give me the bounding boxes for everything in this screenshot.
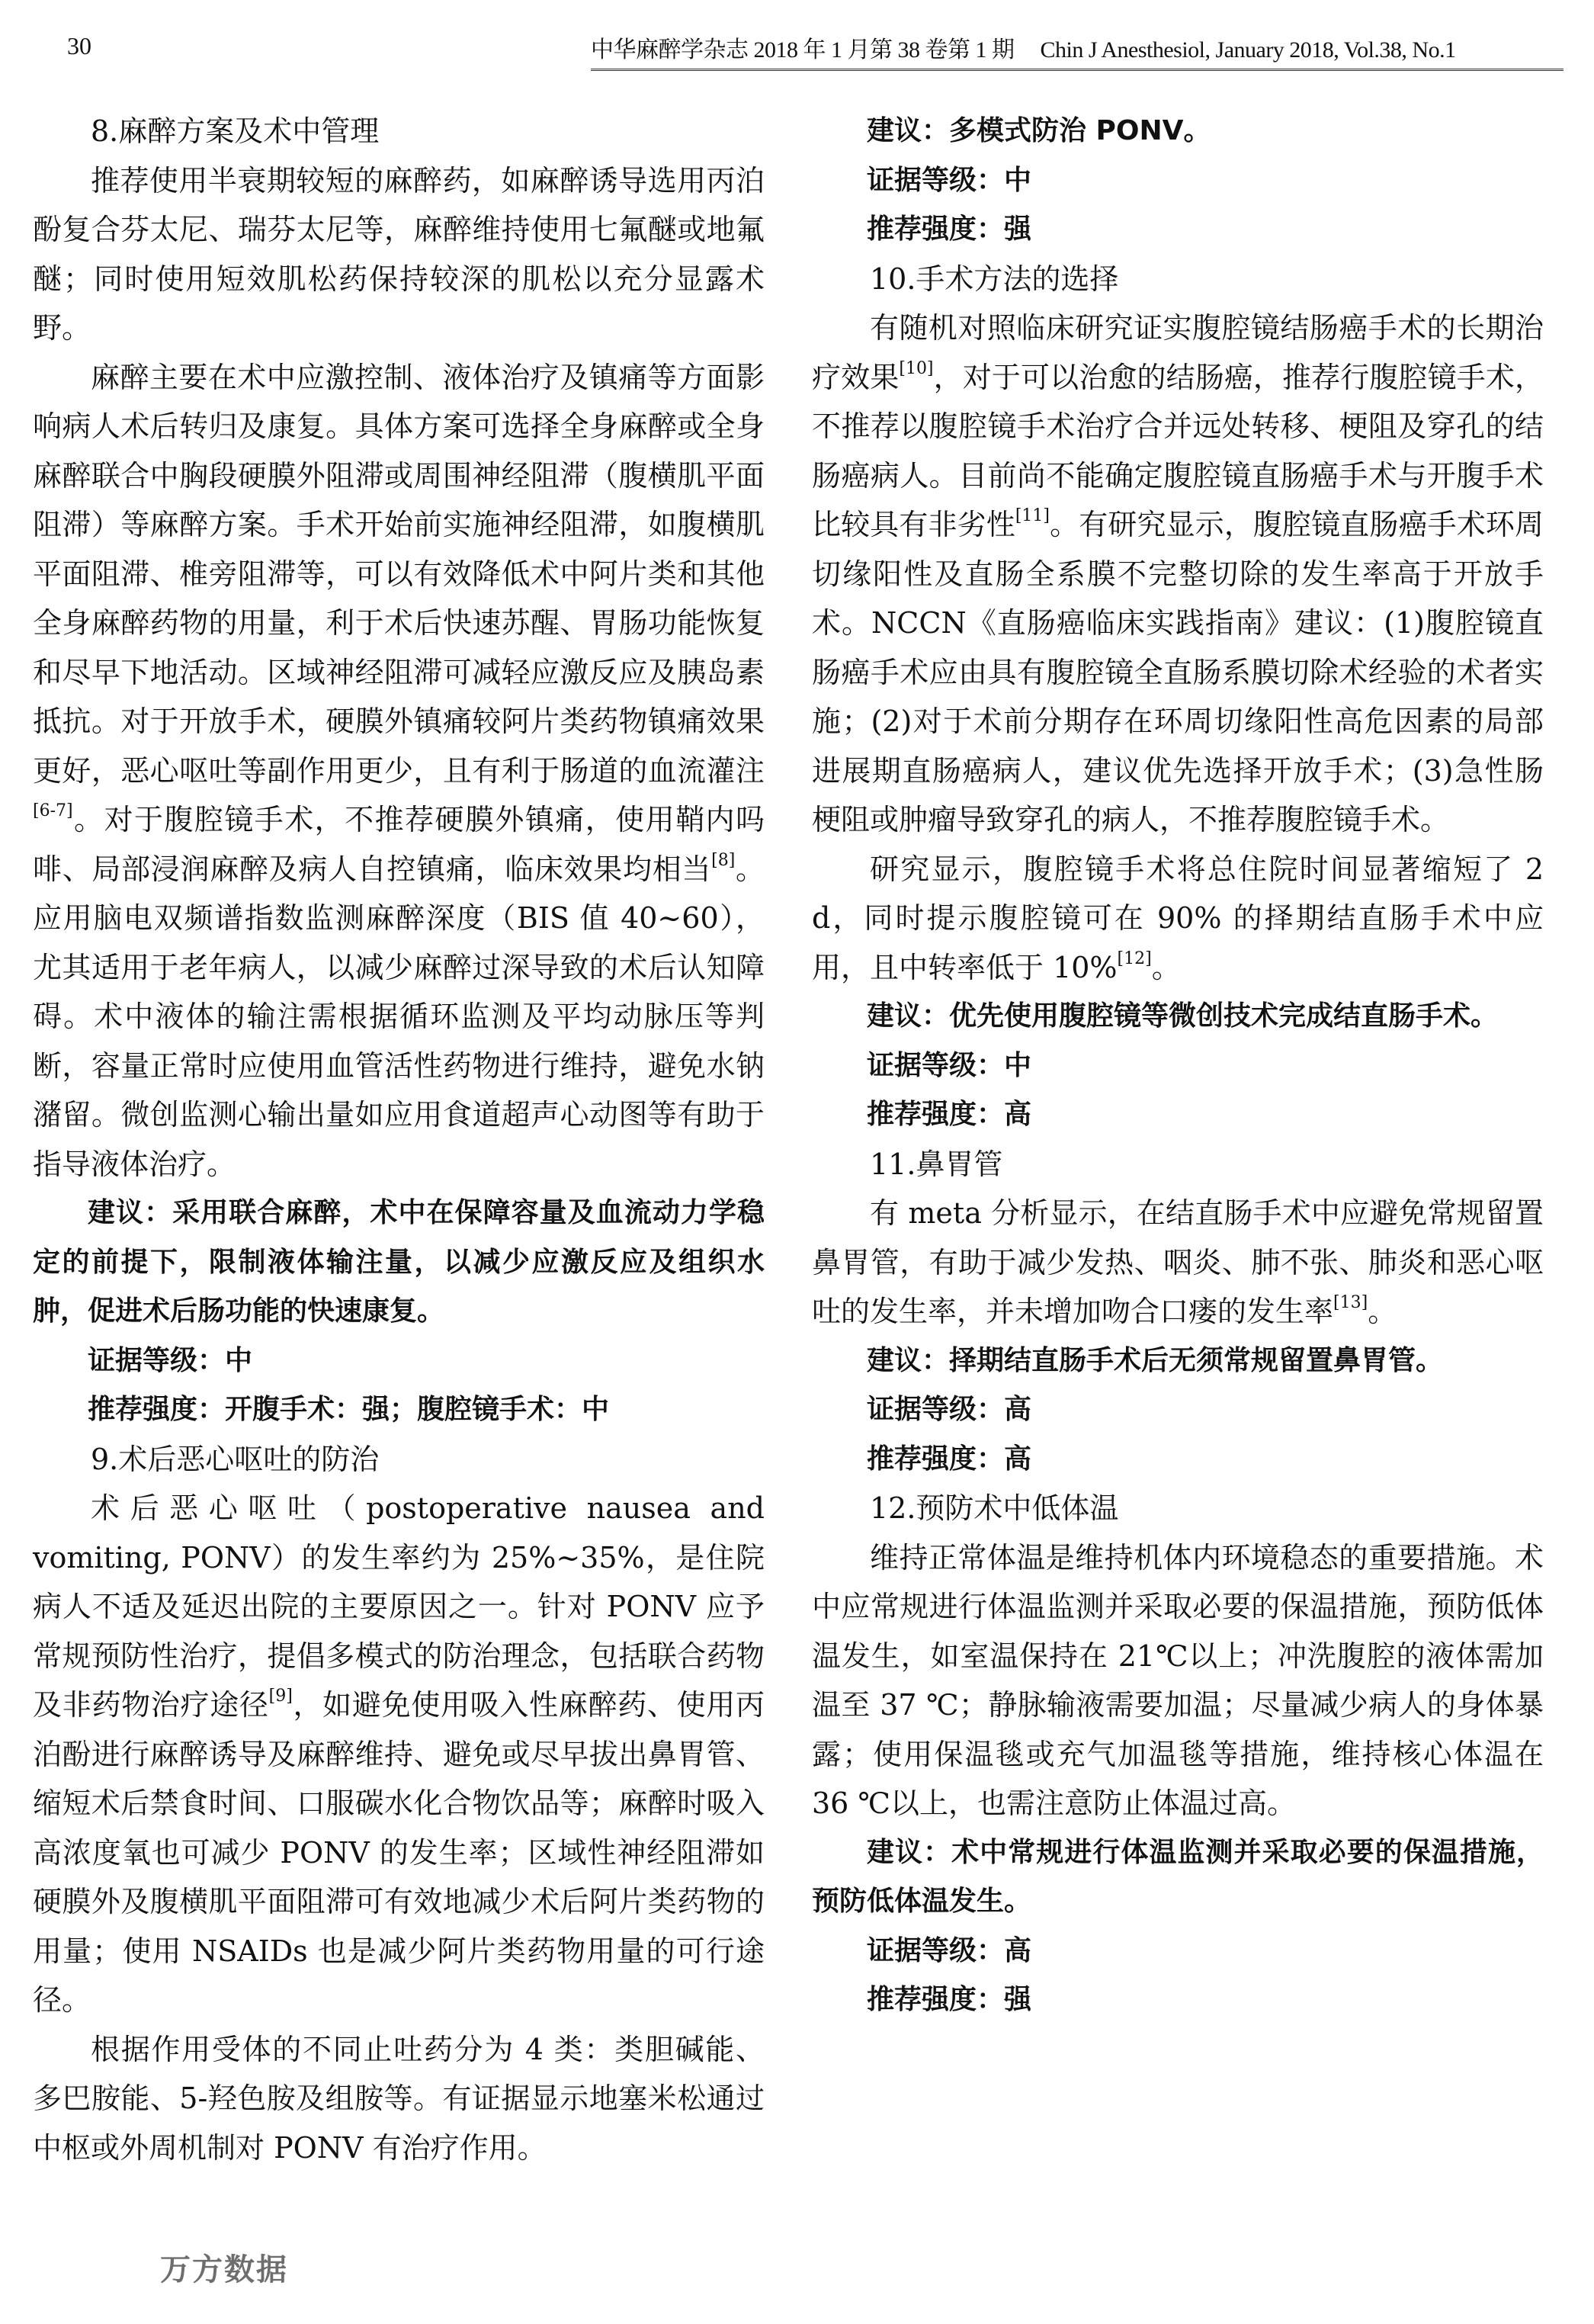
journal-title-en: Chin J Anesthesiol, January 2018, Vol.38… xyxy=(1041,37,1456,63)
section-8-recommendation: 建议：采用联合麻醉，术中在保障容量及血流动力学稳定的前提下，限制液体输注量，以减… xyxy=(33,1189,765,1337)
text-run: 。 xyxy=(1152,951,1181,984)
text-run: 术后恶心呕吐（postoperative nausea and vomiting… xyxy=(33,1491,765,1722)
section-12-evidence-level: 证据等级：高 xyxy=(812,1927,1544,1976)
section-8-paragraph-1: 推荐使用半衰期较短的麻醉药，如麻醉诱导选用丙泊酚复合芬太尼、瑞芬太尼等，麻醉维持… xyxy=(33,156,765,353)
right-column: 建议：多模式防治 PONV。 证据等级：中 推荐强度：强 10.手术方法的选择 … xyxy=(812,107,1544,2025)
section-11-recommendation-strength: 推荐强度：高 xyxy=(812,1435,1544,1485)
section-12-recommendation: 建议：术中常规进行体温监测并采取必要的保温措施，预防低体温发生。 xyxy=(812,1828,1544,1927)
section-10-title: 10.手术方法的选择 xyxy=(812,255,1544,304)
citation: [9] xyxy=(269,1687,293,1706)
page-header: 30 中华麻醉学杂志 2018 年 1 月第 38 卷第 1 期Chin J A… xyxy=(0,30,1594,76)
section-8-evidence-level: 证据等级：中 xyxy=(33,1337,765,1386)
text-run: 有 meta 分析显示，在结直肠手术中应避免常规留置鼻胃管，有助于减少发热、咽炎… xyxy=(812,1196,1544,1328)
section-9-paragraph-1: 术后恶心呕吐（postoperative nausea and vomiting… xyxy=(33,1484,765,2025)
section-9-recommendation-strength: 推荐强度：强 xyxy=(812,205,1544,255)
section-11-recommendation: 建议：择期结直肠手术后无须常规留置鼻胃管。 xyxy=(812,1337,1544,1386)
section-8-paragraph-2: 麻醉主要在术中应激控制、液体治疗及镇痛等方面影响病人术后转归及康复。具体方案可选… xyxy=(33,353,765,1189)
page-number: 30 xyxy=(67,32,91,60)
text-run: 。有研究显示，腹腔镜直肠癌手术环周切缘阳性及直肠全系膜不完整切除的发生率高于开放… xyxy=(812,508,1544,836)
citation: [12] xyxy=(1118,949,1152,968)
section-9-recommendation: 建议：多模式防治 PONV。 xyxy=(812,107,1544,156)
section-10-paragraph-1: 有随机对照临床研究证实腹腔镜结肠癌手术的长期治疗效果[10]，对于可以治愈的结肠… xyxy=(812,303,1544,845)
citation: [13] xyxy=(1333,1293,1368,1312)
citation: [6-7] xyxy=(33,801,73,820)
section-12-title: 12.预防术中低体温 xyxy=(812,1484,1544,1533)
section-10-paragraph-2: 研究显示，腹腔镜手术将总住院时间显著缩短了 2 d，同时提示腹腔镜可在 90% … xyxy=(812,845,1544,993)
watermark: 万方数据 xyxy=(160,2245,288,2289)
text-run: 。对于腹腔镜手术，不推荐硬膜外镇痛，使用鞘内吗啡、局部浸润麻醉及病人自控镇痛，临… xyxy=(33,803,765,886)
text-run: 。 xyxy=(1368,1295,1397,1328)
citation: [10] xyxy=(899,359,933,378)
section-9-paragraph-2: 根据作用受体的不同止吐药分为 4 类：类胆碱能、多巴胺能、5-羟色胺及组胺等。有… xyxy=(33,2025,765,2173)
section-8-title: 8.麻醉方案及术中管理 xyxy=(33,107,765,156)
section-10-recommendation: 建议：优先使用腹腔镜等微创技术完成结直肠手术。 xyxy=(812,992,1544,1042)
text-run: ，如避免使用吸入性麻醉药、使用丙泊酚进行麻醉诱导及麻醉维持、避免或尽早拔出鼻胃管… xyxy=(33,1688,765,2017)
section-9-evidence-level: 证据等级：中 xyxy=(812,156,1544,206)
section-11-title: 11.鼻胃管 xyxy=(812,1140,1544,1189)
section-11-evidence-level: 证据等级：高 xyxy=(812,1385,1544,1435)
left-column: 8.麻醉方案及术中管理 推荐使用半衰期较短的麻醉药，如麻醉诱导选用丙泊酚复合芬太… xyxy=(33,107,765,2172)
section-11-paragraph-1: 有 meta 分析显示，在结直肠手术中应避免常规留置鼻胃管，有助于减少发热、咽炎… xyxy=(812,1189,1544,1337)
section-10-evidence-level: 证据等级：中 xyxy=(812,1042,1544,1091)
section-8-recommendation-strength: 推荐强度：开腹手术：强；腹腔镜手术：中 xyxy=(33,1385,765,1435)
text-run: 。应用脑电双频谱指数监测麻醉深度（BIS 值 40~60），尤其适用于老年病人，… xyxy=(33,852,765,1181)
citation: [8] xyxy=(711,851,735,870)
journal-title-cn: 中华麻醉学杂志 2018 年 1 月第 38 卷第 1 期 xyxy=(591,37,1015,63)
section-12-recommendation-strength: 推荐强度：强 xyxy=(812,1976,1544,2025)
section-12-paragraph-1: 维持正常体温是维持机体内环境稳态的重要措施。术中应常规进行体温监测并采取必要的保… xyxy=(812,1533,1544,1828)
text-run: 麻醉主要在术中应激控制、液体治疗及镇痛等方面影响病人术后转归及康复。具体方案可选… xyxy=(33,361,765,788)
section-9-title: 9.术后恶心呕吐的防治 xyxy=(33,1435,765,1485)
citation: [11] xyxy=(1015,506,1050,525)
running-head: 中华麻醉学杂志 2018 年 1 月第 38 卷第 1 期Chin J Anes… xyxy=(591,30,1564,71)
section-10-recommendation-strength: 推荐强度：高 xyxy=(812,1090,1544,1140)
